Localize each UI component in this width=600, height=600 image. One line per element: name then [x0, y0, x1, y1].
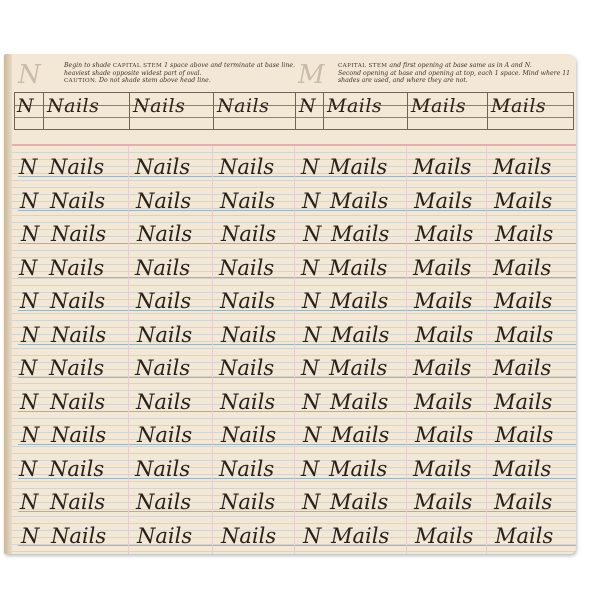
column-guide-line	[212, 146, 213, 554]
handwritten-word: Nails	[136, 390, 191, 414]
model-word: Nails	[133, 95, 185, 117]
handwritten-word: Mails	[495, 524, 553, 548]
handwritten-word: Nails	[137, 524, 192, 548]
practice-row: NNailsNailsNailsNMailsMailsMails	[18, 521, 576, 552]
handwritten-word: Mails	[493, 155, 551, 179]
handwritten-word: Nails	[220, 289, 275, 313]
handwritten-word: Nails	[221, 323, 276, 347]
handwritten-word: N	[301, 155, 319, 179]
model-word: N	[17, 95, 34, 117]
handwritten-word: Nails	[51, 323, 106, 347]
practice-row: NNailsNailsNailsNMailsMailsMails	[18, 387, 576, 418]
column-guide-line	[486, 146, 487, 554]
handwritten-word: Mails	[493, 457, 551, 481]
handwritten-word: N	[301, 256, 319, 280]
handwritten-word: Mails	[413, 356, 471, 380]
column-guide-line	[406, 146, 407, 554]
handwritten-word: Mails	[414, 490, 472, 514]
handwritten-word: Mails	[331, 222, 389, 246]
handwritten-word: N	[302, 390, 320, 414]
handwritten-word: Mails	[494, 390, 552, 414]
model-word: Mails	[491, 95, 546, 117]
model-word: Nails	[47, 95, 99, 117]
handwritten-word: Nails	[220, 490, 275, 514]
handwritten-word: Nails	[49, 356, 104, 380]
handwritten-word: Mails	[329, 356, 387, 380]
handwritten-word: N	[302, 289, 320, 313]
column-guide-line	[294, 146, 295, 554]
handwritten-word: Mails	[494, 289, 552, 313]
handwritten-word: Mails	[414, 390, 472, 414]
handwritten-word: Mails	[494, 189, 552, 213]
handwritten-word: N	[19, 356, 37, 380]
handwritten-word: Mails	[495, 222, 553, 246]
handwritten-word: Mails	[413, 457, 471, 481]
handwritten-word: Mails	[414, 189, 472, 213]
practice-row: NNailsNailsNailsNMailsMailsMails	[18, 320, 576, 351]
handwritten-word: Nails	[137, 423, 192, 447]
handwritten-word: Mails	[331, 423, 389, 447]
column-guide-line	[128, 146, 129, 554]
handwritten-word: Nails	[137, 323, 192, 347]
handwritten-word: N	[19, 256, 37, 280]
handwritten-word: Mails	[329, 457, 387, 481]
ghost-letter-n: N	[18, 62, 41, 88]
handwritten-word: N	[302, 490, 320, 514]
handwritten-word: Nails	[50, 390, 105, 414]
model-word: Nails	[217, 95, 269, 117]
handwritten-word: Mails	[495, 323, 553, 347]
handwritten-word: Nails	[135, 356, 190, 380]
handwritten-word: Mails	[494, 490, 552, 514]
handwritten-word: Nails	[135, 457, 190, 481]
model-word: N	[299, 95, 316, 117]
handwritten-word: Nails	[50, 490, 105, 514]
handwritten-word: N	[21, 222, 39, 246]
handwritten-word: Mails	[415, 423, 473, 447]
handwritten-word: Nails	[49, 256, 104, 280]
practice-row: NNailsNailsNailsNMailsMailsMails	[18, 487, 576, 518]
handwritten-word: Nails	[221, 524, 276, 548]
practice-row: NNailsNailsNailsNMailsMailsMails	[18, 454, 576, 485]
handwritten-word: Mails	[493, 356, 551, 380]
handwritten-word: Nails	[135, 256, 190, 280]
handwritten-word: N	[21, 423, 39, 447]
handwritten-word: Nails	[220, 189, 275, 213]
handwritten-word: N	[21, 524, 39, 548]
instructions-header: N Begin to shade CAPITAL STEM 1 space ab…	[16, 60, 568, 90]
handwritten-word: Nails	[219, 256, 274, 280]
handwritten-word: Mails	[329, 155, 387, 179]
model-copy-row: NNailsNailsNailsNMailsMailsMails	[14, 92, 574, 130]
practice-row: NNailsNailsNailsNMailsMailsMails	[18, 420, 576, 451]
handwritten-word: Mails	[415, 222, 473, 246]
handwritten-word: N	[20, 390, 38, 414]
handwritten-word: Nails	[137, 222, 192, 246]
handwritten-word: N	[303, 222, 321, 246]
handwritten-word: Nails	[51, 222, 106, 246]
handwritten-word: Mails	[329, 256, 387, 280]
handwritten-word: Nails	[221, 222, 276, 246]
handwritten-word: Nails	[50, 189, 105, 213]
handwritten-word: N	[19, 155, 37, 179]
handwritten-word: N	[19, 457, 37, 481]
handwritten-word: Mails	[493, 256, 551, 280]
handwritten-word: Mails	[495, 423, 553, 447]
handwritten-word: Mails	[415, 524, 473, 548]
handwritten-word: N	[21, 323, 39, 347]
practice-row: NNailsNailsNailsNMailsMailsMails	[18, 253, 576, 284]
handwritten-word: Mails	[415, 323, 473, 347]
handwritten-word: Nails	[219, 356, 274, 380]
instructions-right: CAPITAL STEM and first opening at base s…	[338, 62, 576, 85]
handwritten-word: Mails	[413, 155, 471, 179]
handwritten-word: Nails	[136, 289, 191, 313]
model-word: Mails	[327, 95, 382, 117]
handwritten-word: N	[20, 289, 38, 313]
binding-spine	[4, 54, 12, 554]
handwritten-word: Mails	[330, 390, 388, 414]
practice-row: NNailsNailsNailsNMailsMailsMails	[18, 152, 576, 183]
handwritten-word: Nails	[221, 423, 276, 447]
practice-row: NNailsNailsNailsNMailsMailsMails	[18, 186, 576, 217]
handwritten-word: N	[302, 189, 320, 213]
practice-row: NNailsNailsNailsNMailsMailsMails	[18, 219, 576, 250]
handwritten-word: Mails	[330, 490, 388, 514]
handwritten-word: Nails	[135, 155, 190, 179]
handwritten-word: Nails	[136, 189, 191, 213]
handwritten-word: N	[301, 457, 319, 481]
practice-row: NNailsNailsNailsNMailsMailsMails	[18, 353, 576, 384]
handwritten-word: Mails	[413, 256, 471, 280]
handwritten-word: Nails	[51, 524, 106, 548]
handwritten-word: N	[303, 323, 321, 347]
handwritten-word: N	[303, 524, 321, 548]
handwritten-word: Nails	[51, 423, 106, 447]
handwritten-word: Nails	[219, 457, 274, 481]
handwritten-word: Nails	[219, 155, 274, 179]
handwritten-word: N	[303, 423, 321, 447]
handwritten-word: Mails	[330, 289, 388, 313]
handwritten-word: N	[20, 490, 38, 514]
handwritten-word: Nails	[49, 457, 104, 481]
practice-row: NNailsNailsNailsNMailsMailsMails	[18, 286, 576, 317]
handwritten-word: N	[20, 189, 38, 213]
model-word: Mails	[411, 95, 466, 117]
handwritten-word: N	[301, 356, 319, 380]
handwritten-word: Mails	[330, 189, 388, 213]
handwritten-word: Mails	[414, 289, 472, 313]
ghost-letter-m: M	[298, 62, 325, 88]
handwritten-word: Nails	[136, 490, 191, 514]
instructions-left: Begin to shade CAPITAL STEM 1 space abov…	[64, 62, 314, 86]
handwritten-word: Nails	[49, 155, 104, 179]
handwritten-word: Nails	[50, 289, 105, 313]
handwritten-word: Mails	[331, 323, 389, 347]
handwritten-word: Mails	[331, 524, 389, 548]
handwritten-word: Nails	[220, 390, 275, 414]
copybook-page: N Begin to shade CAPITAL STEM 1 space ab…	[4, 54, 576, 554]
